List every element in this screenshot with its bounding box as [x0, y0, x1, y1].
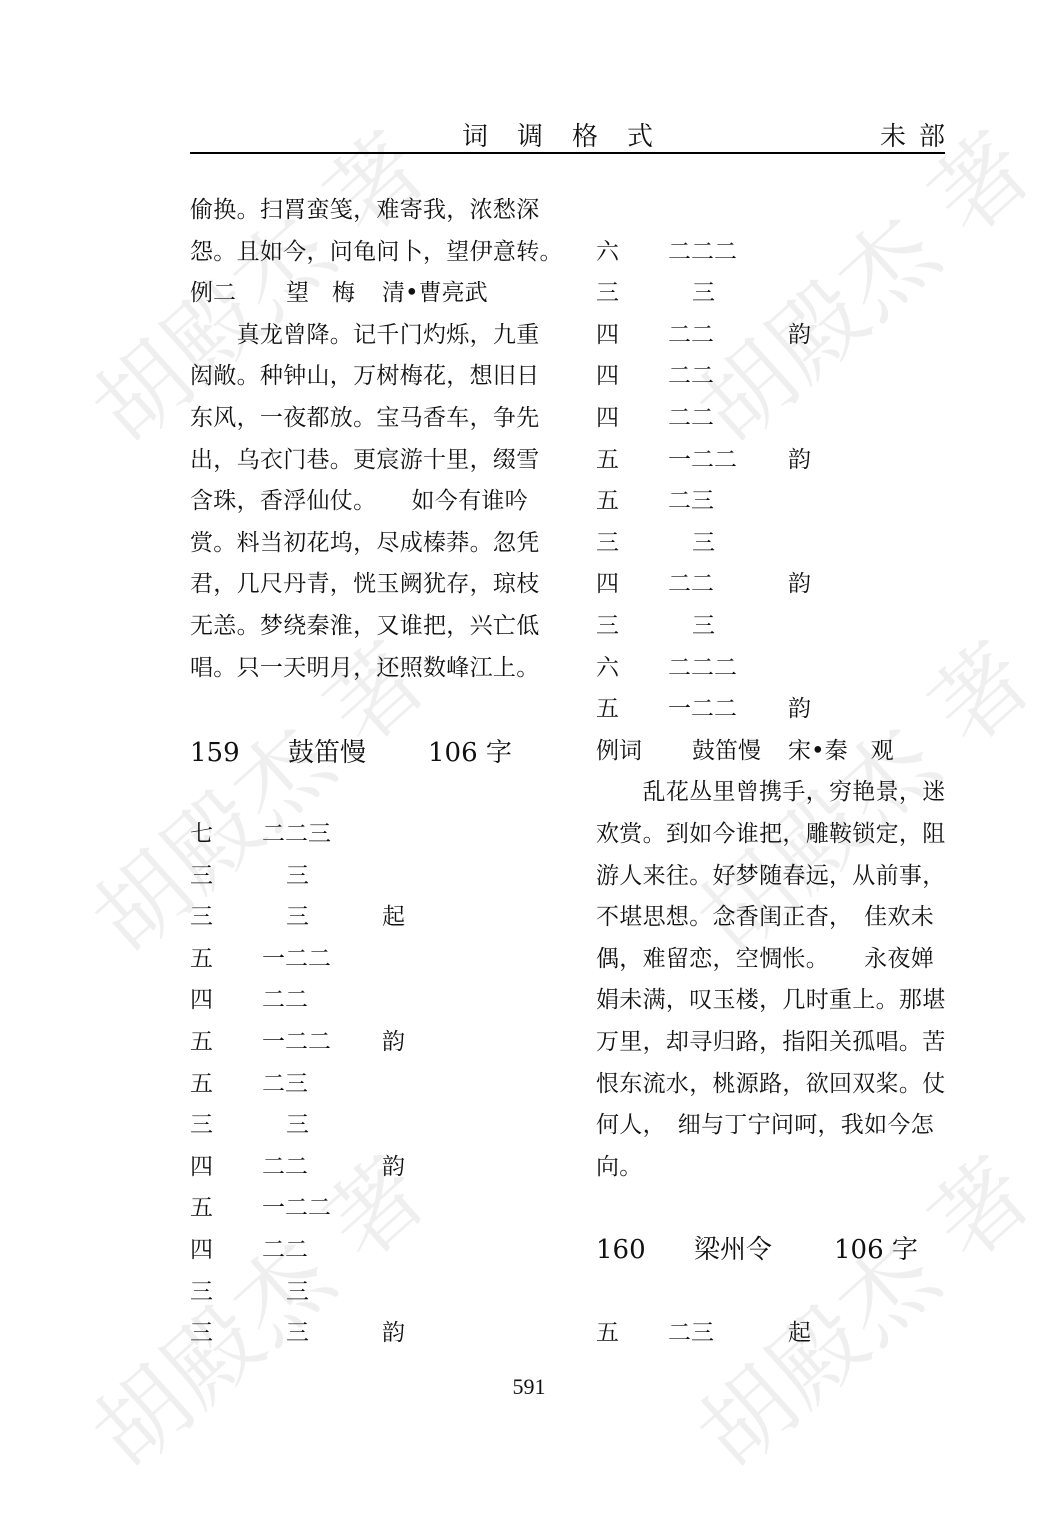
char-count: 106 字 — [834, 1229, 918, 1271]
rhyme-note: 韵 — [382, 1146, 405, 1188]
pattern-row: 四二二韵 — [190, 1146, 540, 1188]
text: 闳敞。种钟山，万树梅花，想旧日 — [190, 363, 540, 389]
example-author: 清•曹亮武 — [382, 272, 488, 314]
pattern-row: 四二二 — [596, 355, 946, 397]
line-structure: 二三 — [668, 1312, 714, 1354]
line-length: 五 — [190, 1187, 213, 1229]
line-length: 三 — [190, 1312, 213, 1354]
prose-line: 娟未满，叹玉楼，几时重上。那堪 — [596, 979, 946, 1021]
prose-line: 偶，难留恋，空惆怅。 永夜婵 — [596, 938, 946, 980]
line-structure: 二二 — [668, 563, 714, 605]
pattern-row: 五二三 — [190, 1063, 540, 1105]
prose-line: 偷换。扫罥蛮笺，难寄我，浓愁深 — [190, 189, 540, 231]
pattern-row: 三三 — [596, 522, 946, 564]
pattern-row: 五一二二 — [190, 1187, 540, 1229]
line-length: 三 — [190, 855, 213, 897]
line-structure: 二二 — [262, 1229, 308, 1271]
pattern-row: 四二二韵 — [596, 563, 946, 605]
text: 出，乌衣门巷。更宸游十里，缀雪 — [190, 447, 540, 473]
example-label: 例二 — [190, 272, 236, 314]
pattern-row: 三三 — [190, 855, 540, 897]
line-length: 四 — [596, 314, 619, 356]
prose-line: 何人， 细与丁宁问呵，我如今怎 — [596, 1104, 946, 1146]
text: 无恙。梦绕秦淮，又谁把，兴亡低 — [190, 613, 540, 639]
line-structure: 三 — [286, 896, 309, 938]
pattern-row: 五二三 — [596, 480, 946, 522]
prose-line: 恨东流水，桃源路，欲回双桨。仗 — [596, 1063, 946, 1105]
line-structure: 三 — [286, 1271, 309, 1313]
line-length: 五 — [596, 439, 619, 481]
char-count: 106 字 — [428, 732, 512, 774]
text: 娟未满，叹玉楼，几时重上。那堪 — [596, 987, 946, 1013]
page-number: 591 — [0, 1374, 1058, 1400]
example-heading: 例二望 梅清•曹亮武 — [190, 272, 540, 314]
prose-line: 欢赏。到如今谁把，雕鞍锁定，阻 — [596, 813, 946, 855]
text: 含珠，香浮仙仗。 如今有谁吟 — [190, 488, 528, 514]
text: 偶，难留恋，空惆怅。 永夜婵 — [596, 946, 934, 972]
rhyme-note: 韵 — [382, 1021, 405, 1063]
line-length: 三 — [596, 522, 619, 564]
line-length: 五 — [596, 1312, 619, 1354]
text: 万里，却寻归路，指阳关孤唱。苦 — [596, 1029, 946, 1055]
text: 唱。只一天明月，还照数峰江上。 — [190, 655, 540, 681]
pattern-row: 四二二韵 — [596, 314, 946, 356]
tune-number: 159 — [190, 732, 240, 774]
pattern-row: 五一二二韵 — [596, 439, 946, 481]
pattern-row: 四二二 — [190, 979, 540, 1021]
pattern-row: 六二二二 — [596, 647, 946, 689]
line-structure: 三 — [692, 272, 715, 314]
line-length: 六 — [596, 647, 619, 689]
line-structure: 二二 — [262, 979, 308, 1021]
line-length: 四 — [596, 355, 619, 397]
line-structure: 三 — [286, 1312, 309, 1354]
text: 恨东流水，桃源路，欲回双桨。仗 — [596, 1071, 946, 1097]
pattern-row: 五一二二 — [190, 938, 540, 980]
prose-line: 赏。料当初花坞，尽成榛莽。忽凭 — [190, 522, 540, 564]
line-length: 五 — [190, 1021, 213, 1063]
line-length: 四 — [596, 397, 619, 439]
rhyme-note: 起 — [788, 1312, 811, 1354]
line-structure: 一二二 — [262, 938, 331, 980]
line-structure: 二二 — [262, 1146, 308, 1188]
pattern-row: 三三韵 — [190, 1312, 540, 1354]
line-length: 七 — [190, 813, 213, 855]
text: 不堪思想。念香闺正杳， 佳欢未 — [596, 904, 934, 930]
rhyme-note: 韵 — [788, 439, 811, 481]
example-name: 鼓笛慢 — [692, 730, 761, 772]
pattern-row: 六二二二 — [596, 231, 946, 273]
tune-number: 160 — [596, 1229, 646, 1271]
pattern-row: 四二二 — [190, 1229, 540, 1271]
rhyme-note: 韵 — [788, 314, 811, 356]
text: 欢赏。到如今谁把，雕鞍锁定，阻 — [596, 821, 946, 847]
prose-line: 向。 — [596, 1146, 946, 1188]
line-length: 四 — [190, 1146, 213, 1188]
line-length: 四 — [190, 979, 213, 1021]
pattern-row: 三三 — [596, 272, 946, 314]
prose-line: 君，几尺丹青，恍玉阙犹存，琼枝 — [190, 563, 540, 605]
prose-line: 怨。且如今，问龟问卜，望伊意转。 — [190, 231, 540, 273]
pattern-row: 三三起 — [190, 896, 540, 938]
prose-line: 乱花丛里曾携手，穷艳景，迷 — [596, 771, 946, 813]
line-structure: 二二二 — [668, 647, 737, 689]
text: 赏。料当初花坞，尽成榛莽。忽凭 — [190, 530, 540, 556]
tune-name: 梁州令 — [694, 1229, 772, 1271]
pattern-row: 五二三起 — [596, 1312, 946, 1354]
line-length: 四 — [596, 563, 619, 605]
rhyme-note: 韵 — [788, 563, 811, 605]
pattern-row: 三三 — [190, 1271, 540, 1313]
pattern-row: 四二二 — [596, 397, 946, 439]
prose-line: 出，乌衣门巷。更宸游十里，缀雪 — [190, 439, 540, 481]
text: 游人来往。好梦随春远，从前事， — [596, 863, 946, 889]
line-length: 五 — [190, 938, 213, 980]
prose-line: 游人来往。好梦随春远，从前事， — [596, 855, 946, 897]
line-structure: 二三 — [668, 480, 714, 522]
page-header: 词调格式 未部 — [190, 112, 945, 156]
line-structure: 一二二 — [668, 439, 737, 481]
line-structure: 一二二 — [262, 1021, 331, 1063]
line-structure: 三 — [286, 1104, 309, 1146]
line-structure: 三 — [692, 522, 715, 564]
text: 真龙曾降。记千门灼烁，九重 — [190, 322, 540, 348]
tune-heading: 160梁州令106 字 — [596, 1229, 946, 1271]
rhyme-note: 起 — [382, 896, 405, 938]
line-length: 五 — [596, 688, 619, 730]
line-structure: 二二三 — [262, 813, 331, 855]
line-structure: 二二二 — [668, 231, 737, 273]
line-length: 三 — [190, 1104, 213, 1146]
line-structure: 二三 — [262, 1063, 308, 1105]
line-structure: 二二 — [668, 314, 714, 356]
prose-line: 含珠，香浮仙仗。 如今有谁吟 — [190, 480, 540, 522]
example-author: 宋•秦 观 — [788, 730, 894, 772]
line-length: 四 — [190, 1229, 213, 1271]
prose-line: 不堪思想。念香闺正杳， 佳欢未 — [596, 896, 946, 938]
line-structure: 一二二 — [668, 688, 737, 730]
line-structure: 二二 — [668, 397, 714, 439]
rhyme-note: 韵 — [788, 688, 811, 730]
header-rule — [190, 152, 945, 154]
line-length: 三 — [596, 272, 619, 314]
prose-line: 唱。只一天明月，还照数峰江上。 — [190, 647, 540, 689]
prose-line: 无恙。梦绕秦淮，又谁把，兴亡低 — [190, 605, 540, 647]
pattern-row: 三三 — [596, 605, 946, 647]
text: 偷换。扫罥蛮笺，难寄我，浓愁深 — [190, 197, 540, 223]
pattern-row: 五一二二韵 — [596, 688, 946, 730]
line-length: 三 — [190, 1271, 213, 1313]
section-label: 未部 — [880, 116, 958, 153]
example-label: 例词 — [596, 730, 642, 772]
line-length: 三 — [596, 605, 619, 647]
line-structure: 三 — [286, 855, 309, 897]
text: 向。 — [596, 1154, 643, 1180]
line-structure: 三 — [692, 605, 715, 647]
line-structure: 二二 — [668, 355, 714, 397]
prose-line: 闳敞。种钟山，万树梅花，想旧日 — [190, 355, 540, 397]
line-length: 三 — [190, 896, 213, 938]
pattern-row: 七二二三 — [190, 813, 540, 855]
line-length: 五 — [596, 480, 619, 522]
text: 何人， 细与丁宁问呵，我如今怎 — [596, 1112, 934, 1138]
pattern-row: 五一二二韵 — [190, 1021, 540, 1063]
prose-line: 真龙曾降。记千门灼烁，九重 — [190, 314, 540, 356]
tune-heading: 159鼓笛慢106 字 — [190, 732, 540, 774]
rhyme-note: 韵 — [382, 1312, 405, 1354]
tune-name: 鼓笛慢 — [288, 732, 366, 774]
text: 君，几尺丹青，恍玉阙犹存，琼枝 — [190, 571, 540, 597]
example-name: 望 梅 — [286, 272, 355, 314]
example-heading: 例词鼓笛慢宋•秦 观 — [596, 730, 946, 772]
prose-line: 东风，一夜都放。宝马香车，争先 — [190, 397, 540, 439]
text: 怨。且如今，问龟问卜，望伊意转。 — [190, 239, 563, 265]
running-title: 词调格式 — [462, 116, 682, 153]
prose-line: 万里，却寻归路，指阳关孤唱。苦 — [596, 1021, 946, 1063]
line-structure: 一二二 — [262, 1187, 331, 1229]
line-length: 六 — [596, 231, 619, 273]
text: 东风，一夜都放。宝马香车，争先 — [190, 405, 540, 431]
text: 乱花丛里曾携手，穷艳景，迷 — [596, 779, 946, 805]
pattern-row: 三三 — [190, 1104, 540, 1146]
line-length: 五 — [190, 1063, 213, 1105]
